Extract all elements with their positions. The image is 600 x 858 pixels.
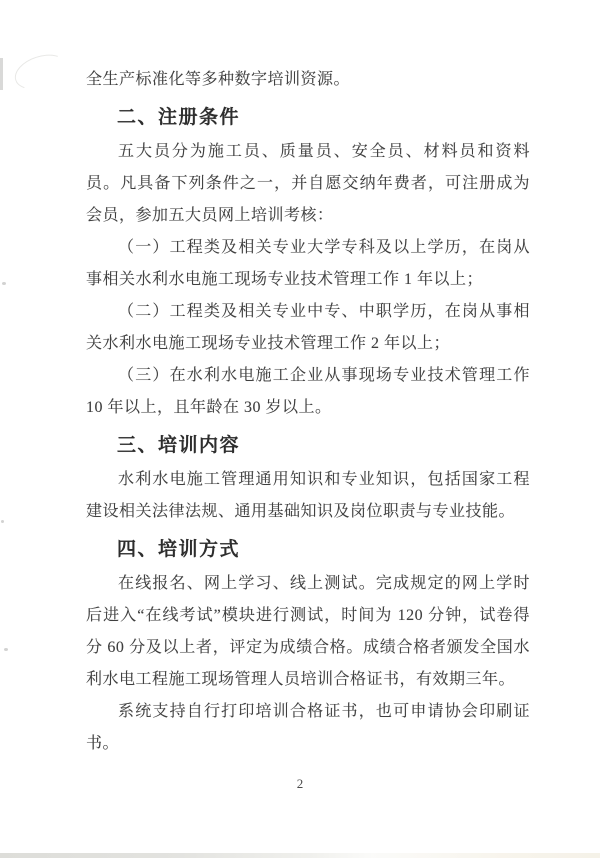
scan-artifact-speck bbox=[2, 282, 6, 285]
scan-artifact-edge-dash bbox=[0, 58, 3, 90]
scan-artifact-smudge bbox=[10, 48, 71, 95]
paragraph: （一）工程类及相关专业大学专科及以上学历，在岗从事相关水利水电施工现场专业技术管… bbox=[86, 232, 530, 296]
section-heading-training-method: 四、培训方式 bbox=[86, 534, 530, 566]
scan-artifact-speck bbox=[4, 648, 8, 651]
paragraph: 水利水电施工管理通用知识和专业知识，包括国家工程建设相关法律法规、通用基础知识及… bbox=[86, 464, 530, 528]
document-page: 全生产标准化等多种数字培训资源。 二、注册条件 五大员分为施工员、质量员、安全员… bbox=[0, 0, 600, 858]
paragraph: （三）在水利水电施工企业从事现场专业技术管理工作 10 年以上，且年龄在 30 … bbox=[86, 360, 530, 424]
section-heading-training-content: 三、培训内容 bbox=[86, 430, 530, 462]
paragraph: 系统支持自行打印培训合格证书，也可申请协会印刷证书。 bbox=[86, 696, 530, 760]
scan-artifact-speck bbox=[1, 520, 4, 523]
paragraph-continuation: 全生产标准化等多种数字培训资源。 bbox=[86, 64, 530, 96]
paragraph: 在线报名、网上学习、线上测试。完成规定的网上学时后进入“在线考试”模块进行测试，… bbox=[86, 568, 530, 696]
scan-artifact-bottom-band bbox=[0, 853, 600, 858]
paragraph: （二）工程类及相关专业中专、中职学历，在岗从事相关水利水电施工现场专业技术管理工… bbox=[86, 296, 530, 360]
paragraph: 五大员分为施工员、质量员、安全员、材料员和资料员。凡具备下列条件之一，并自愿交纳… bbox=[86, 136, 530, 232]
page-number: 2 bbox=[0, 776, 600, 792]
document-content: 全生产标准化等多种数字培训资源。 二、注册条件 五大员分为施工员、质量员、安全员… bbox=[86, 64, 530, 760]
section-heading-registration-conditions: 二、注册条件 bbox=[86, 102, 530, 134]
